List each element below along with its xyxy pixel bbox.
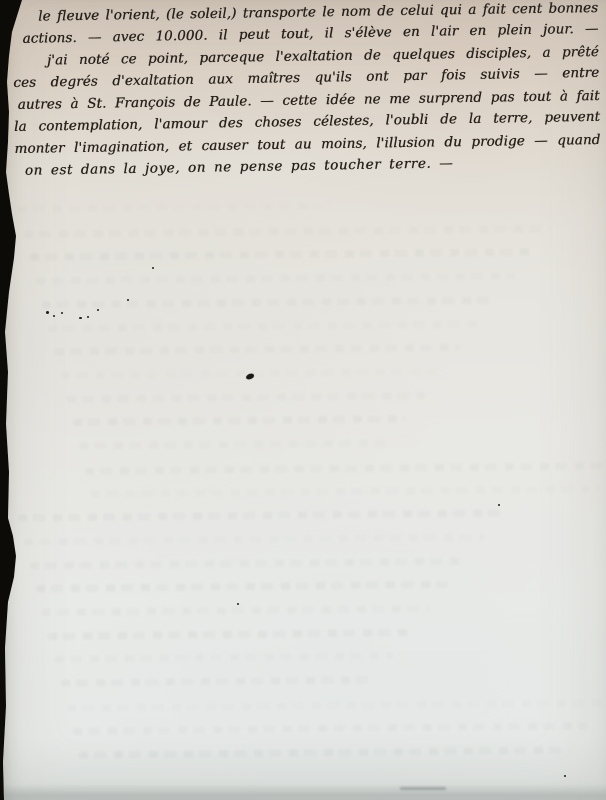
verso-ghost-line <box>18 202 321 212</box>
verso-ghost-line <box>73 723 588 735</box>
verso-ghost-line <box>24 225 551 238</box>
verso-ghost-line <box>79 747 570 759</box>
verso-ghost-line <box>91 486 600 498</box>
verso-ghost-line <box>85 462 606 475</box>
ink-speck <box>127 299 129 301</box>
verso-ghost-line <box>67 392 425 403</box>
ink-speck <box>61 312 63 314</box>
verso-ghost-line <box>24 533 485 545</box>
verso-ghost-line <box>48 629 412 640</box>
verso-ghost-line <box>79 439 388 449</box>
verso-ghost-line <box>42 296 497 308</box>
ink-speck <box>53 315 55 317</box>
ink-speck <box>79 317 82 319</box>
verso-ghost-line <box>30 249 533 261</box>
verso-ghost-line <box>36 581 448 592</box>
ink-speck <box>152 267 154 269</box>
verso-ghost-line <box>30 557 466 569</box>
verso-ghost-line <box>42 605 430 616</box>
handwritten-text-block: le fleuve l'orient, (le soleil,) transpo… <box>12 0 601 182</box>
ink-speck <box>498 504 500 506</box>
verso-ghost-line <box>67 699 606 712</box>
ink-speck <box>97 309 99 311</box>
verso-ghost-line <box>48 320 478 332</box>
ink-blot <box>245 373 254 380</box>
manuscript-photograph: le fleuve l'orient, (le soleil,) transpo… <box>0 0 606 800</box>
edge-smudge <box>400 787 446 790</box>
verso-ghost-line <box>61 676 376 686</box>
ink-speck <box>46 311 49 314</box>
paper-edge-shadow <box>0 784 606 800</box>
verso-ghost-line <box>55 344 461 355</box>
ink-speck <box>564 775 566 777</box>
verso-ghost-line <box>36 273 515 285</box>
verso-ghost-line <box>55 653 394 664</box>
verso-ghost-line <box>18 510 503 522</box>
ink-speck <box>87 316 89 318</box>
ink-speck <box>237 603 239 605</box>
verso-ghost-line <box>73 416 406 426</box>
manuscript-page: le fleuve l'orient, (le soleil,) transpo… <box>0 0 606 800</box>
